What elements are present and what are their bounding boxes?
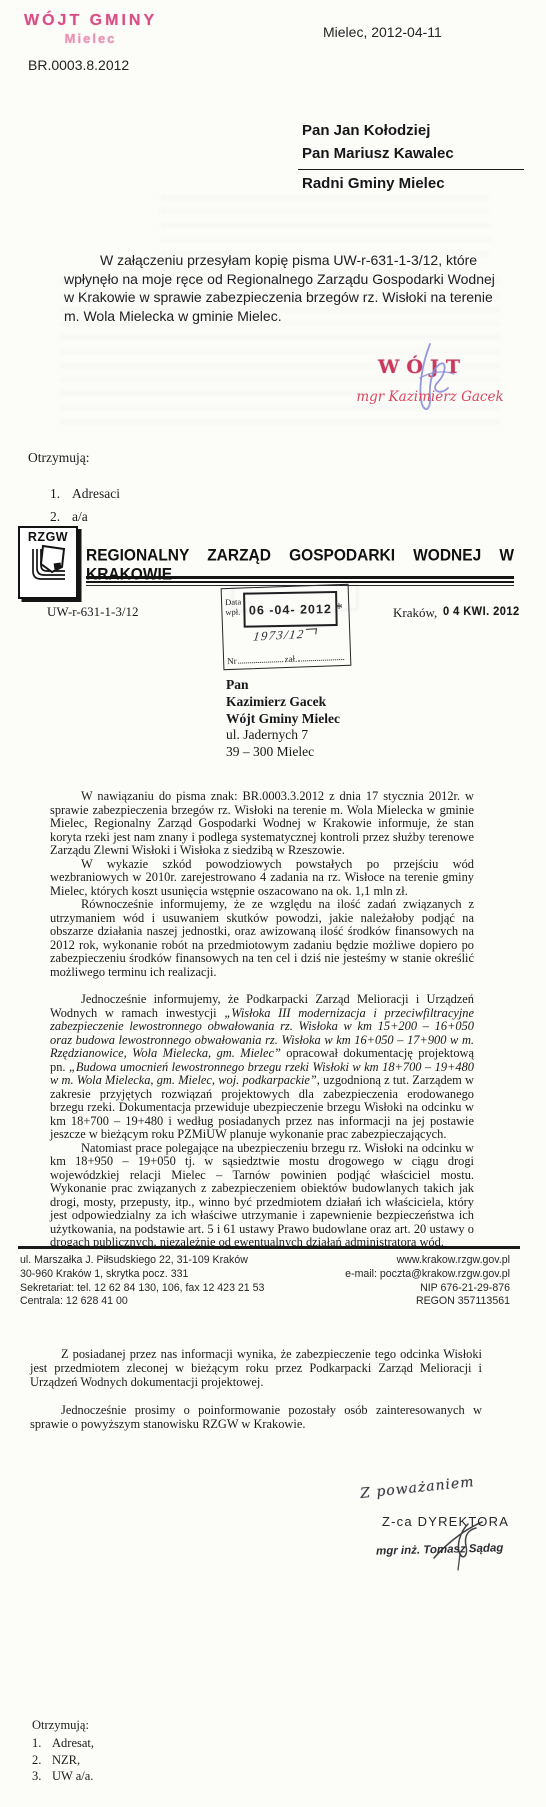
letter2-reference: UW-r-631-1-3/12 <box>47 604 138 620</box>
receipt-date: 06 -04- 2012 <box>249 602 332 617</box>
letter2-city: Kraków, <box>393 605 437 621</box>
receipt-zal-label: zał. <box>284 654 297 664</box>
receipt-stamp-date-box: 06 -04- 2012 <box>243 591 338 628</box>
distribution-list: 1.Adresaci2.a/a <box>50 482 120 528</box>
list-item: 1.Adresaci <box>50 482 120 505</box>
text-line: ul. Jadernych 7 <box>226 727 340 744</box>
text-line: 39 – 300 Mielec <box>226 744 340 761</box>
recipient-line: Pan Mariusz Kawalec <box>302 142 528 165</box>
list-item: 2.a/a <box>50 505 120 528</box>
pen-signature-icon <box>400 338 464 422</box>
text-line: Wójt Gminy Mielec <box>226 711 340 728</box>
recipient-line: Pan Jan Kołodziej <box>302 119 528 142</box>
body-paragraph: Równocześnie informujemy, że ze względu … <box>50 898 474 979</box>
rzgw-logo-text: RZGW <box>20 530 76 544</box>
letterhead-title: REGIONALNY ZARZĄD GOSPODARKI WODNEJ W KR… <box>86 547 514 585</box>
receipt-stamp-asterisk: * <box>335 601 343 618</box>
distribution-label: Otrzymują: <box>32 1718 89 1733</box>
receipt-nr-label: Nr <box>227 656 237 666</box>
recipients-underline <box>298 169 524 170</box>
letter2-continuation: Z posiadanej przez nas informacji wynika… <box>30 1348 482 1432</box>
body-paragraph: Jednocześnie prosimy o poinformowanie po… <box>30 1404 482 1432</box>
distribution-label: Otrzymują: <box>28 450 89 466</box>
body-paragraph: W nawiązaniu do pisma znak: BR.0003.3.20… <box>50 790 474 858</box>
distribution-list: 1.Adresat,2.NZR,3.UW a/a. <box>32 1735 94 1785</box>
text-line: Kazimierz Gacek <box>226 694 340 711</box>
sender-stamp: WÓJT GMINY Mielec <box>24 12 157 46</box>
body-paragraph: Z posiadanej przez nas informacji wynika… <box>30 1348 482 1390</box>
rzgw-book-icon <box>26 544 70 588</box>
rzgw-logo: RZGW <box>18 526 78 599</box>
list-item: 3.UW a/a. <box>32 1768 94 1785</box>
receipt-stamp-nr-row: Nr zał. <box>227 651 345 666</box>
text-line: www.krakow.rzgw.gov.pl <box>240 1254 510 1268</box>
text-line: Pan <box>226 677 340 694</box>
letter2-recipient-block: PanKazimierz GacekWójt Gminy Mielecul. J… <box>226 677 340 761</box>
letter1-body: W załączeniu przesyłam kopię pisma UW-r-… <box>64 251 507 325</box>
bleedthrough-smudge <box>160 196 490 256</box>
footer-rule <box>18 1246 520 1249</box>
body-paragraph: Jednocześnie informujemy, że Podkarpacki… <box>50 993 474 1142</box>
mayor-signature-block: WÓJT mgr Kazimierz Gacek <box>352 350 512 420</box>
closing-handwritten: Z poważaniem <box>359 1474 475 1502</box>
letter2-body: W nawiązaniu do pisma znak: BR.0003.3.20… <box>50 790 474 1250</box>
sender-stamp-line1: WÓJT GMINY <box>24 12 157 30</box>
receipt-date-stamp: Data wpł. 06 -04- 2012 * 1973/12 Nr zał. <box>221 584 352 670</box>
list-item: 1.Adresat, <box>32 1735 94 1752</box>
mayor-stamp-name: mgr Kazimierz Gacek <box>330 389 530 405</box>
body-paragraph: W wykazie szkód powodziowych powstałych … <box>50 858 474 899</box>
scanned-letter-page: WÓJT GMINY Mielec Mielec, 2012-04-11 BR.… <box>0 0 546 1807</box>
receipt-stamp-label: Data wpł. <box>225 598 242 618</box>
receipt-handwritten-number: 1973/12 <box>252 626 306 645</box>
recipient-group-title: Radni Gminy Mielec <box>302 175 445 192</box>
closing-signature-block: Z poważaniem Z-ca DYREKTORA mgr inż. Tom… <box>352 1478 532 1578</box>
reference-number: BR.0003.8.2012 <box>28 57 129 73</box>
body-paragraph: Natomiast prace polegające na ubezpiecze… <box>50 1142 474 1250</box>
recipients-block: Pan Jan Kołodziej Pan Mariusz Kawalec <box>302 119 528 165</box>
list-item: 2.NZR, <box>32 1752 94 1769</box>
letter2-date-stamp: 0 4 KWI. 2012 <box>443 604 520 618</box>
text-line: REGON 357113561 <box>240 1295 510 1309</box>
sender-stamp-line2: Mielec <box>24 31 157 46</box>
text-line: e-mail: poczta@krakow.rzgw.gov.pl <box>240 1268 510 1282</box>
footer-contact-block: www.krakow.rzgw.gov.ple-mail: poczta@kra… <box>240 1254 510 1309</box>
text-line: NIP 676-21-29-876 <box>240 1282 510 1296</box>
place-date: Mielec, 2012-04-11 <box>323 24 442 40</box>
